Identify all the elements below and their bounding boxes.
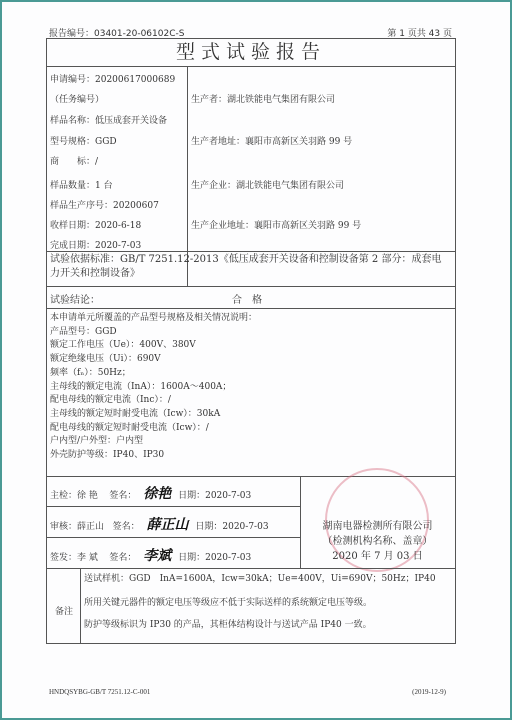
inspector-name: 主检：徐 艳 (50, 491, 98, 501)
divider (47, 537, 300, 538)
form-code: HNDQSYBG-GB/T 7251.12-C-001 (49, 688, 150, 696)
trademark: 商 标：/ (50, 154, 98, 167)
description-line: 频率（fₙ）：50Hz； (50, 367, 257, 381)
divider (47, 251, 455, 252)
issuer-name: 签发：李 斌 (50, 553, 98, 563)
remarks-section: 备注 送试样机：GGD InA=1600A，Icw=30kA；Ue=400V，U… (47, 568, 455, 643)
conclusion-value: 合格 (232, 291, 272, 306)
producer: 生产者：湖北铁能电气集团有限公司 (191, 92, 335, 105)
sample-quantity: 样品数量：1 台 (50, 178, 113, 191)
reviewer-date: 日期：2020-7-03 (195, 522, 268, 532)
description-line: 产品型号：GGD (50, 326, 257, 340)
inspector-signature: 徐艳 (143, 486, 171, 502)
description-line: 额定工作电压（Ue）：400V、380V (50, 339, 257, 353)
producer-address: 生产者地址：襄阳市高新区关羽路 99 号 (191, 134, 352, 147)
divider (47, 286, 455, 287)
remark-line: 防护等级标识为 IP30 的产品，其柜体结构设计与送试产品 IP40 一致。 (84, 617, 372, 630)
description-line: 主母线的额定短时耐受电流（Icw）：30kA (50, 408, 257, 422)
stamp-block: 湖南电器检测所有限公司 （检测机构名称、盖章） 2020 年 7 月 03 日 (300, 476, 455, 568)
task-no: （任务编号） (50, 92, 104, 105)
stamp-note: （检测机构名称、盖章） (300, 532, 455, 547)
sign-label: 签名： (113, 522, 140, 532)
description-line: 配电母线的额定短时耐受电流（Icw）：/ (50, 422, 257, 436)
product-description: 本申请单元所覆盖的产品型号规格及相关情况说明： 产品型号：GGD 额定工作电压（… (50, 312, 257, 463)
test-standard: 试验依据标准：GB/T 7251.12-2013《低压成套开关设备和控制设备第 … (50, 253, 449, 281)
form-version: (2019-12-9) (412, 688, 446, 696)
model-spec: 型号规格：GGD (50, 134, 117, 147)
sign-label: 签名： (109, 491, 136, 501)
stamp-date: 2020 年 7 月 03 日 (300, 547, 455, 562)
report-form: 型式试验报告 申请编号：20200617000689 （任务编号） 样品名称：低… (46, 38, 456, 644)
remarks-label-cell: 备注 (47, 568, 81, 643)
description-line: 户内型/户外型：户内型 (50, 435, 257, 449)
description-line: 配电母线的额定电流（Inc）：/ (50, 394, 257, 408)
application-no: 申请编号：20200617000689 (50, 72, 175, 85)
description-line: 主母线的额定电流（InA）：1600A～400A； (50, 381, 257, 395)
remark-line: 送试样机：GGD InA=1600A，Icw=30kA；Ue=400V，Ui=6… (84, 571, 436, 584)
description-line: 额定绝缘电压（Ui）：690V (50, 353, 257, 367)
receipt-date: 收样日期：2020-6-18 (50, 218, 141, 231)
sample-serial: 样品生产序号：20200607 (50, 198, 159, 211)
reviewer-row: 审核：薛正山 签名： 薛正山 日期：2020-7-03 (50, 514, 269, 534)
inspector-date: 日期：2020-7-03 (178, 491, 251, 501)
signature-block: 主检：徐 艳 签名： 徐艳 日期：2020-7-03 审核：薛正山 签名： 薛正… (47, 476, 301, 568)
conclusion-label: 试验结论： (50, 291, 100, 306)
sample-name: 样品名称：低压成套开关设备 (50, 113, 167, 126)
manufacturer-address: 生产企业地址：襄阳市高新区关羽路 99 号 (191, 218, 361, 231)
remarks-label: 备注 (55, 604, 73, 617)
manufacturer: 生产企业：湖北铁能电气集团有限公司 (191, 178, 344, 191)
issuer-signature: 李斌 (143, 548, 171, 564)
page-title: 型式试验报告 (47, 39, 455, 67)
sign-label: 签名： (109, 553, 136, 563)
testing-org: 湖南电器检测所有限公司 (300, 517, 455, 532)
remark-line: 所用关键元器件的额定电压等级应不低于实际送样的系统额定电压等级。 (84, 595, 372, 608)
issuer-row: 签发：李 斌 签名： 李斌 日期：2020-7-03 (50, 545, 251, 565)
reviewer-signature: 薛正山 (147, 517, 189, 533)
divider (47, 308, 455, 309)
description-line: 外壳防护等级：IP40、IP30 (50, 449, 257, 463)
completion-date: 完成日期：2020-7-03 (50, 238, 141, 251)
reviewer-name: 审核：薛正山 (50, 522, 104, 532)
issuer-date: 日期：2020-7-03 (178, 553, 251, 563)
divider (47, 506, 300, 507)
document-page: 报告编号：03401-20-06102C-S 第 1 页共 43 页 型式试验报… (2, 2, 510, 718)
inspector-row: 主检：徐 艳 签名： 徐艳 日期：2020-7-03 (50, 483, 251, 503)
description-line: 本申请单元所覆盖的产品型号规格及相关情况说明： (50, 312, 257, 326)
